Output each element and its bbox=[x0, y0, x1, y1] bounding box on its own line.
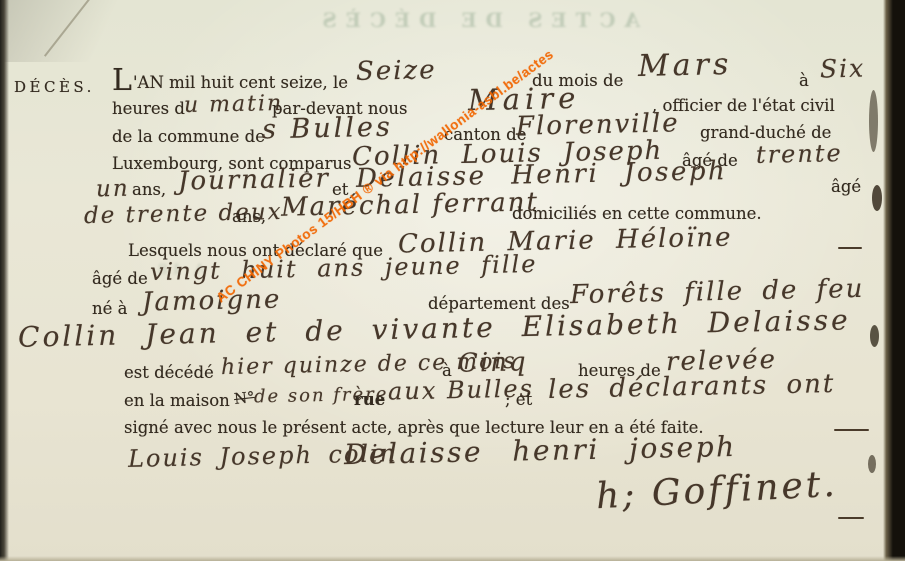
corner-shadow bbox=[0, 0, 170, 62]
handwritten-declarants-ont: les déclarants ont bbox=[548, 369, 836, 405]
paper-tear bbox=[869, 90, 878, 152]
page-edge-bottom bbox=[0, 556, 905, 561]
paper-tear bbox=[868, 455, 876, 473]
printed-numero-struck: N° bbox=[233, 388, 255, 408]
handwritten-birthplace: Jamoigne bbox=[142, 285, 282, 318]
printed-semicolon-et: ; et bbox=[505, 390, 532, 409]
printed-year-phrase: 'AN mil huit cent seize, le bbox=[133, 73, 348, 92]
handwritten-hour: Six bbox=[820, 54, 866, 84]
paper-tear bbox=[872, 185, 882, 211]
handwritten-age1: trente bbox=[756, 139, 843, 169]
pen-stroke bbox=[838, 517, 864, 519]
printed-rue: rue bbox=[354, 390, 385, 409]
pen-stroke bbox=[838, 247, 862, 249]
signature-officer: h; Goffinet. bbox=[595, 464, 839, 518]
printed-age2-label: âgé bbox=[831, 177, 861, 196]
printed-ans: ans, bbox=[132, 180, 166, 199]
printed-ne-a: né à bbox=[92, 299, 127, 318]
bleedthrough-heading: ACTES DE DÉCÈS bbox=[300, 8, 640, 32]
paper-tear bbox=[870, 325, 879, 347]
deces-label: DÉCÈS. bbox=[14, 78, 95, 96]
printed-commune: de la commune de bbox=[112, 127, 265, 146]
handwritten-commune-name: s Bulles bbox=[262, 112, 393, 146]
handwritten-day: Seize bbox=[356, 55, 437, 87]
printed-domicilies: domiciliés en cette commune. bbox=[512, 204, 762, 223]
printed-ans2: ans, bbox=[232, 207, 266, 226]
signature-declarant2: Delaisse henri joseph bbox=[344, 430, 737, 471]
pen-stroke bbox=[834, 429, 869, 431]
printed-heures-d: heures d bbox=[112, 99, 185, 118]
drop-cap-L: L bbox=[112, 63, 132, 98]
handwritten-month: Mars bbox=[638, 47, 733, 84]
printed-en-la-maison: en la maison bbox=[124, 391, 230, 410]
printed-a: à bbox=[799, 71, 809, 90]
death-record-scan: ACTES DE DÉCÈS A 18 DÉCÈS. L 'AN mil hui… bbox=[0, 0, 905, 561]
page-edge-left bbox=[0, 0, 9, 561]
printed-age-deceased: âgé de bbox=[92, 269, 148, 288]
page-edge-right bbox=[883, 0, 905, 561]
printed-est-decede: est décédé bbox=[124, 363, 214, 382]
handwritten-age1-cont: un bbox=[96, 176, 130, 203]
